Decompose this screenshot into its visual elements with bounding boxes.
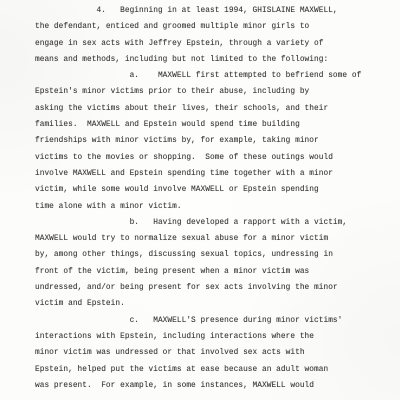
document-line: Epstein's minor victims prior to their a… <box>35 84 394 100</box>
document-line: interactions with Epstein, including int… <box>35 329 394 345</box>
document-line: front of the victim, being present when … <box>35 264 394 280</box>
document-line: undressed, and/or being present for sex … <box>35 280 394 296</box>
document-line: b. Having developed a rapport with a vic… <box>35 215 394 231</box>
document-line: time alone with a minor victim. <box>35 199 394 215</box>
document-text: 4. Beginning in at least 1994, GHISLAINE… <box>35 3 394 394</box>
document-line: the defendant, enticed and groomed multi… <box>35 19 394 35</box>
document-line: victim, while some would involve MAXWELL… <box>35 182 394 198</box>
document-line: a. MAXWELL first attempted to befriend s… <box>35 68 394 84</box>
document-line: involve MAXWELL and Epstein spending tim… <box>35 166 394 182</box>
document-line: friendships with minor victims by, for e… <box>35 133 394 149</box>
document-line: means and methods, including but not lim… <box>35 52 394 68</box>
document-line: MAXWELL would try to normalize sexual ab… <box>35 231 394 247</box>
document-line: Epstein, helped put the victims at ease … <box>35 362 394 378</box>
document-line: by, among other things, discussing sexua… <box>35 247 394 263</box>
document-line: families. MAXWELL and Epstein would spen… <box>35 117 394 133</box>
document-line: 4. Beginning in at least 1994, GHISLAINE… <box>35 3 394 19</box>
scanned-document-page: 4. Beginning in at least 1994, GHISLAINE… <box>0 0 400 400</box>
document-line: asking the victims about their lives, th… <box>35 101 394 117</box>
document-line: engage in sex acts with Jeffrey Epstein,… <box>35 36 394 52</box>
document-line: was present. For example, in some instan… <box>35 378 394 394</box>
document-line: victims to the movies or shopping. Some … <box>35 150 394 166</box>
document-line: minor victim was undressed or that invol… <box>35 345 394 361</box>
document-line: victim and Epstein. <box>35 296 394 312</box>
document-line: c. MAXWELL'S presence during minor victi… <box>35 313 394 329</box>
